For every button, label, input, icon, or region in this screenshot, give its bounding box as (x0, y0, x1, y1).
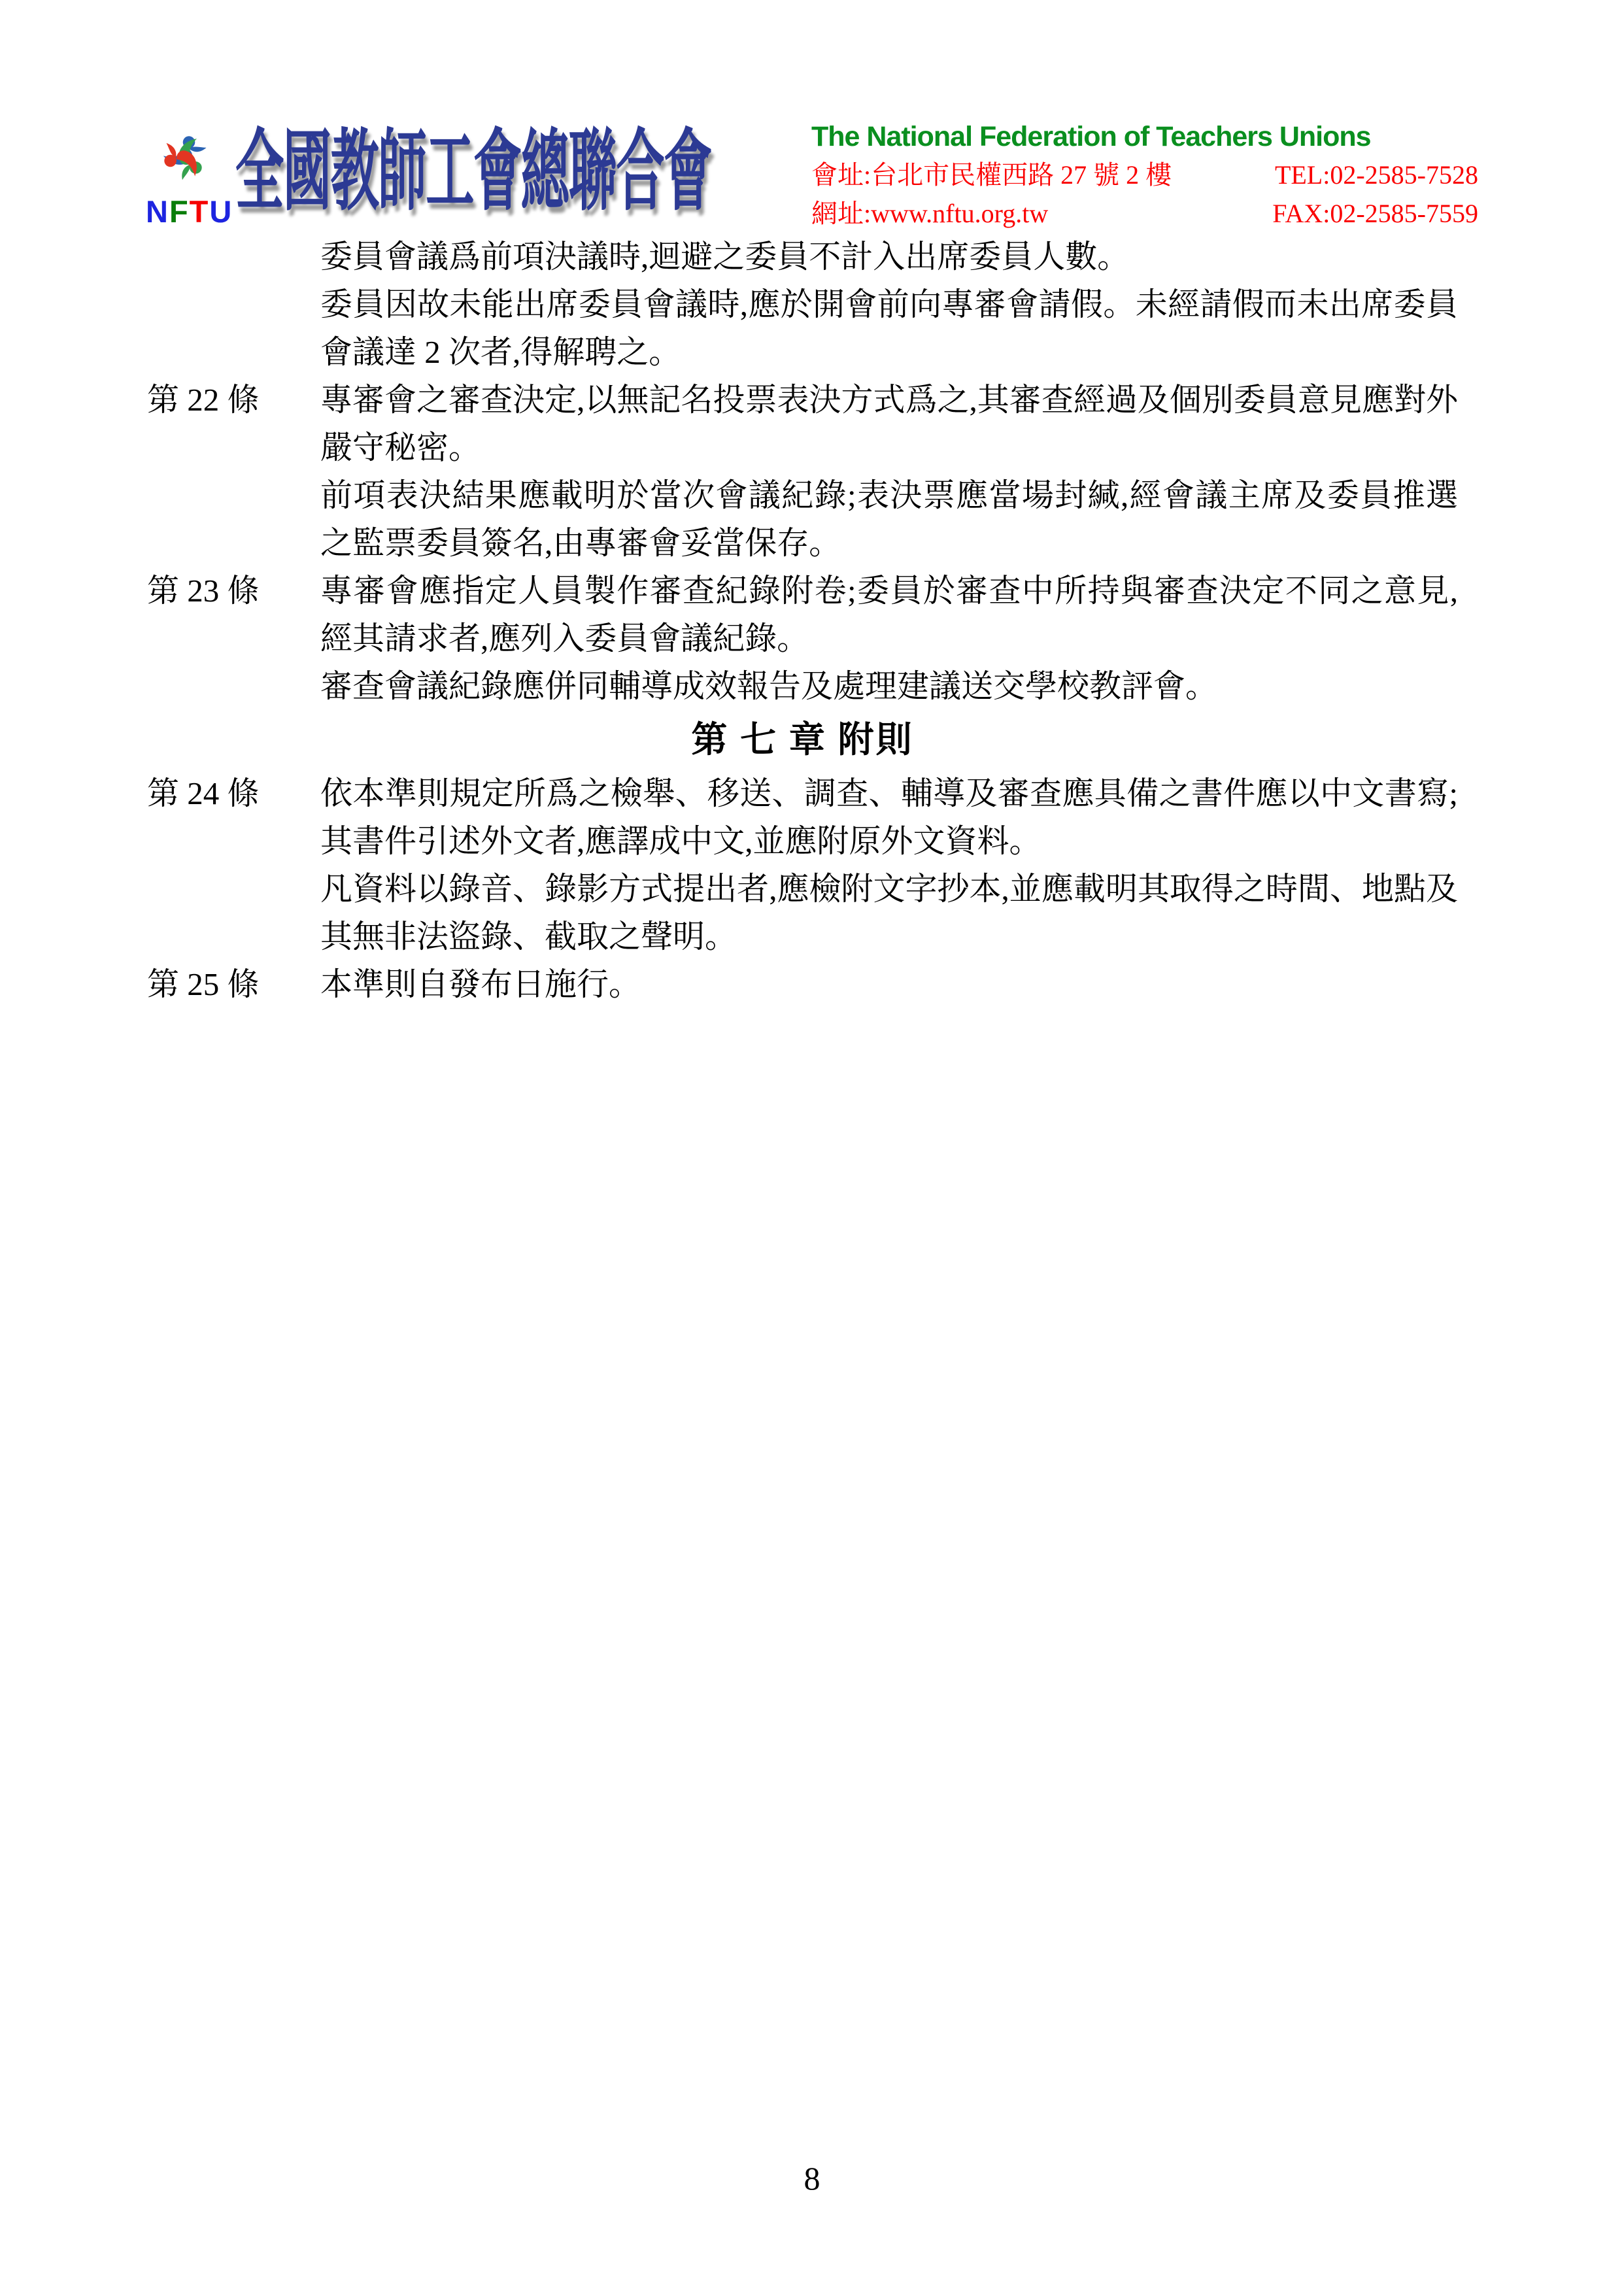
paragraph: 凡資料以錄音、錄影方式提出者,應檢附文字抄本,並應載明其取得之時間、地點及其無非… (320, 865, 1458, 960)
article-paragraphs: 專審會之審查決定,以無記名投票表決方式爲之,其審查經過及個別委員意見應對外嚴守秘… (320, 376, 1458, 567)
org-title-zh: 全國教師工會總聯合會 (235, 128, 711, 217)
article: 第 22 條專審會之審查決定,以無記名投票表決方式爲之,其審查經過及個別委員意見… (147, 376, 1458, 567)
contact-row-1: 會址:台北市民權西路 27 號 2 樓 TEL:02-2585-7528 (811, 160, 1478, 190)
chapter-heading: 第 七 章 附則 (147, 710, 1458, 769)
article-paragraphs: 委員會議爲前項決議時,迴避之委員不計入出席委員人數。委員因故未能出席委員會議時,… (320, 233, 1458, 376)
tel-text: TEL:02-2585-7528 (1275, 160, 1478, 190)
continuation-block: 委員會議爲前項決議時,迴避之委員不計入出席委員人數。委員因故未能出席委員會議時,… (147, 233, 1458, 376)
paragraph: 本準則自發布日施行。 (320, 960, 1458, 1008)
article-paragraphs: 專審會應指定人員製作審查紀錄附卷;委員於審查中所持與審查決定不同之意見,經其請求… (320, 567, 1458, 710)
page-number: 8 (0, 2155, 1624, 2202)
nftu-letter: N (146, 194, 169, 229)
contact-row-2: 網址:www.nftu.org.tw FAX:02-2585-7559 (811, 199, 1478, 229)
article: 第 24 條依本準則規定所爲之檢舉、移送、調查、輔導及審查應具備之書件應以中文書… (147, 769, 1458, 960)
article-number: 第 24 條 (147, 769, 320, 817)
website-text: 網址:www.nftu.org.tw (811, 199, 1048, 229)
paragraph: 前項表決結果應載明於當次會議紀錄;表決票應當場封緘,經會議主席及委員推選之監票委… (320, 471, 1458, 567)
article-paragraphs: 本準則自發布日施行。 (320, 960, 1458, 1008)
nftu-letter: U (209, 194, 233, 229)
header-right: The National Federation of Teachers Unio… (811, 122, 1478, 229)
paragraph: 依本準則規定所爲之檢舉、移送、調查、輔導及審查應具備之書件應以中文書寫;其書件引… (320, 769, 1458, 865)
article-number: 第 23 條 (147, 567, 320, 615)
org-title-en: The National Federation of Teachers Unio… (811, 122, 1478, 152)
paragraph: 專審會之審查決定,以無記名投票表決方式爲之,其審查經過及個別委員意見應對外嚴守秘… (320, 376, 1458, 471)
document-page: NFTU 全國教師工會總聯合會 The National Federation … (0, 0, 1624, 2294)
document-body: 委員會議爲前項決議時,迴避之委員不計入出席委員人數。委員因故未能出席委員會議時,… (147, 233, 1458, 1008)
article-paragraphs: 依本準則規定所爲之檢舉、移送、調查、輔導及審查應具備之書件應以中文書寫;其書件引… (320, 769, 1458, 960)
fax-text: FAX:02-2585-7559 (1272, 199, 1478, 229)
nftu-letter: F (169, 194, 190, 229)
paragraph: 審查會議紀錄應併同輔導成效報告及處理建議送交學校教評會。 (320, 662, 1458, 710)
address-text: 會址:台北市民權西路 27 號 2 樓 (811, 160, 1172, 190)
article: 第 25 條本準則自發布日施行。 (147, 960, 1458, 1008)
paragraph: 專審會應指定人員製作審查紀錄附卷;委員於審查中所持與審查決定不同之意見,經其請求… (320, 567, 1458, 662)
nftu-emblem-icon (147, 119, 223, 195)
paragraph: 委員因故未能出席委員會議時,應於開會前向專審會請假。未經請假而未出席委員會議達 … (320, 280, 1458, 376)
nftu-letter: T (190, 194, 210, 229)
article-number: 第 22 條 (147, 376, 320, 424)
article: 第 23 條專審會應指定人員製作審查紀錄附卷;委員於審查中所持與審查決定不同之意… (147, 567, 1458, 710)
article-number: 第 25 條 (147, 960, 320, 1008)
paragraph: 委員會議爲前項決議時,迴避之委員不計入出席委員人數。 (320, 233, 1458, 280)
